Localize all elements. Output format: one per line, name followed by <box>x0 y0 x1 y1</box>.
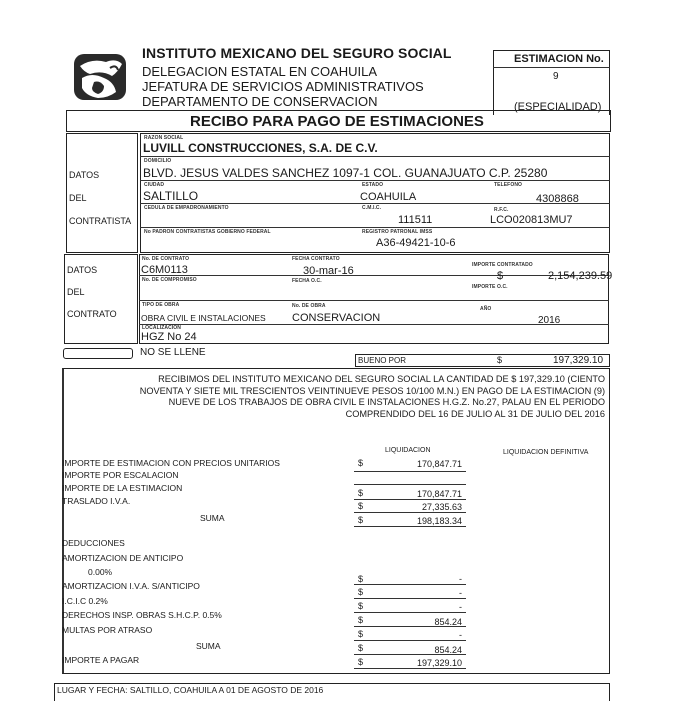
liquidacion-header: LIQUIDACION <box>385 447 431 454</box>
bueno-por-label: BUENO POR <box>358 356 406 365</box>
no-obra-label: No. DE OBRA <box>292 303 326 309</box>
cmic-value: 111511 <box>398 214 432 226</box>
department-name: DEPARTAMENTO DE CONSERVACION <box>142 94 378 109</box>
amount-value-3: 27,335.63 <box>372 502 462 512</box>
bueno-por-amount: 197,329.10 <box>553 355 603 366</box>
deduction-value-4: - <box>372 630 462 640</box>
cmic-label: C.M.I.C. <box>362 205 381 211</box>
importe-contratado-label: IMPORTE CONTRATADO <box>472 262 533 268</box>
deduction-currency-5: $ <box>358 643 363 653</box>
razon-social-value: LUVILL CONSTRUCCIONES, S.A. DE C.V. <box>143 141 378 155</box>
deduction-currency-4: $ <box>358 629 363 639</box>
fecha-contrato-value: 30-mar-16 <box>303 265 354 277</box>
rfc-value: LCO020813MU7 <box>490 214 573 226</box>
fecha-contrato-label: FECHA CONTRATO <box>292 256 340 262</box>
amount-currency-0: $ <box>358 458 363 468</box>
registro-label: REGISTRO PATRONAL IMSS <box>362 229 432 235</box>
no-obra-value: CONSERVACION <box>292 312 380 324</box>
receipt-text: RECIBIMOS DEL INSTITUTO MEXICANO DEL SEG… <box>70 374 605 420</box>
telefono-value: 4308868 <box>536 193 579 205</box>
deduction-label-4: MULTAS POR ATRASO <box>62 625 152 635</box>
office-name: JEFATURA DE SERVICIOS ADMINISTRATIVOS <box>142 79 424 94</box>
amount-currency-2: $ <box>358 488 363 498</box>
deduction-label-0: 0.00% <box>88 567 112 577</box>
contractor-label-3: CONTRATISTA <box>69 216 131 226</box>
contrato-label: No. DE CONTRATO <box>142 256 189 262</box>
deduction-currency-3: $ <box>358 615 363 625</box>
receipt-line-1: RECIBIMOS DEL INSTITUTO MEXICANO DEL SEG… <box>70 374 605 386</box>
estado-value: COAHUILA <box>360 191 416 203</box>
anio-label: AÑO <box>480 306 491 312</box>
deduction-value-6: 197,329.10 <box>372 658 462 668</box>
deduction-label-3: DERECHOS INSP. OBRAS S.H.C.P. 0.5% <box>62 610 222 620</box>
deduction-currency-1: $ <box>358 587 363 597</box>
ciudad-label: CIUDAD <box>144 182 164 188</box>
importe-contratado-value: 2,154,239.59 <box>548 270 612 282</box>
amount-label-1: IMPORTE POR ESCALACION <box>62 470 179 480</box>
deduction-label-2: I.C.I.C 0.2% <box>62 596 108 606</box>
cedula-label: CEDULA DE EMPADRONAMIENTO <box>144 205 229 211</box>
tipo-obra-label: TIPO DE OBRA <box>142 302 179 308</box>
localizacion-value: HGZ No 24 <box>141 331 197 343</box>
institution-name: INSTITUTO MEXICANO DEL SEGURO SOCIAL <box>142 45 452 61</box>
delegation-name: DELEGACION ESTATAL EN COAHUILA <box>142 64 377 79</box>
amount-currency-4: $ <box>358 515 363 525</box>
deduction-label-5: SUMA <box>196 641 221 651</box>
estimation-number: 9 <box>553 71 559 82</box>
amount-value-0: 170,847.71 <box>372 459 462 469</box>
ciudad-value: SALTILLO <box>143 189 198 203</box>
compromiso-label: No. DE COMPROMISO <box>142 277 197 283</box>
deduction-value-2: - <box>372 602 462 612</box>
receipt-line-4: COMPRENDIDO DEL 16 DE JULIO AL 31 DE JUL… <box>70 409 605 421</box>
amount-label-4: SUMA <box>200 513 225 523</box>
receipt-line-3: NUEVE DE LOS TRABAJOS DE OBRA CIVIL E IN… <box>70 397 605 409</box>
amount-label-2: IMPORTE DE LA ESTIMACION <box>62 483 182 493</box>
deductions-title: DEDUCCIONES <box>62 538 125 548</box>
receipt-line-2: NOVENTA Y SIETE MIL TRESCIENTOS VEINTINU… <box>70 386 605 398</box>
document-title: RECIBO PARA PAGO DE ESTIMACIONES <box>190 113 484 130</box>
contract-label-2: DEL <box>67 287 85 297</box>
contractor-label-2: DEL <box>69 193 87 203</box>
deduction-value-1: - <box>372 588 462 598</box>
contract-label-1: DATOS <box>67 265 97 275</box>
anio-value: 2016 <box>538 315 560 326</box>
imss-logo-icon <box>72 52 128 102</box>
contractor-label-1: DATOS <box>69 170 99 180</box>
deduction-currency-2: $ <box>358 601 363 611</box>
deduction-currency-6: $ <box>358 657 363 667</box>
importe-oc-label: IMPORTE O.C. <box>472 284 508 290</box>
estado-label: ESTADO <box>362 182 383 188</box>
telefono-label: TELEFONO <box>494 182 522 188</box>
deduction-currency-0: $ <box>358 574 363 584</box>
tipo-obra-value: OBRA CIVIL E INSTALACIONES <box>141 313 266 323</box>
no-se-llene-label: NO SE LLENE <box>140 347 206 358</box>
no-se-llene-box <box>63 348 133 359</box>
contrato-value: C6M0113 <box>141 264 188 276</box>
domicilio-label: DOMICILIO <box>144 158 171 164</box>
deduction-value-0: - <box>372 574 462 584</box>
rfc-label: R.F.C. <box>494 207 509 213</box>
padron-label: No PADRON CONTRATISTAS GOBIERNO FEDERAL <box>144 229 271 235</box>
amount-label-0: IMPORTE DE ESTIMACION CON PRECIOS UNITAR… <box>62 458 280 468</box>
estimation-label: ESTIMACION No. <box>514 53 604 65</box>
bueno-por-currency: $ <box>497 355 502 365</box>
fecha-oc-label: FECHA O.C. <box>292 278 322 284</box>
amount-currency-3: $ <box>358 501 363 511</box>
amount-value-2: 170,847.71 <box>372 489 462 499</box>
contract-data-box <box>139 254 609 344</box>
domicilio-value: BLVD. JESUS VALDES SANCHEZ 1097-1 COL. G… <box>143 166 547 180</box>
place-date: LUGAR Y FECHA: SALTILLO, COAHUILA A 01 D… <box>57 685 323 695</box>
amount-label-3: TRASLADO I.V.A. <box>62 496 130 506</box>
amount-value-4: 198,183.34 <box>372 516 462 526</box>
anticipo-label: AMORTIZACION DE ANTICIPO <box>62 553 183 563</box>
deduction-label-6: IMPORTE A PAGAR <box>62 655 139 665</box>
liquidacion-definitiva-header: LIQUIDACION DEFINITIVA <box>503 449 588 456</box>
contract-label-3: CONTRATO <box>67 309 117 319</box>
importe-contratado-currency: $ <box>497 270 503 282</box>
deduction-label-1: AMORTIZACION I.V.A. S/ANTICIPO <box>62 581 200 591</box>
registro-value: A36-49421-10-6 <box>376 237 456 249</box>
